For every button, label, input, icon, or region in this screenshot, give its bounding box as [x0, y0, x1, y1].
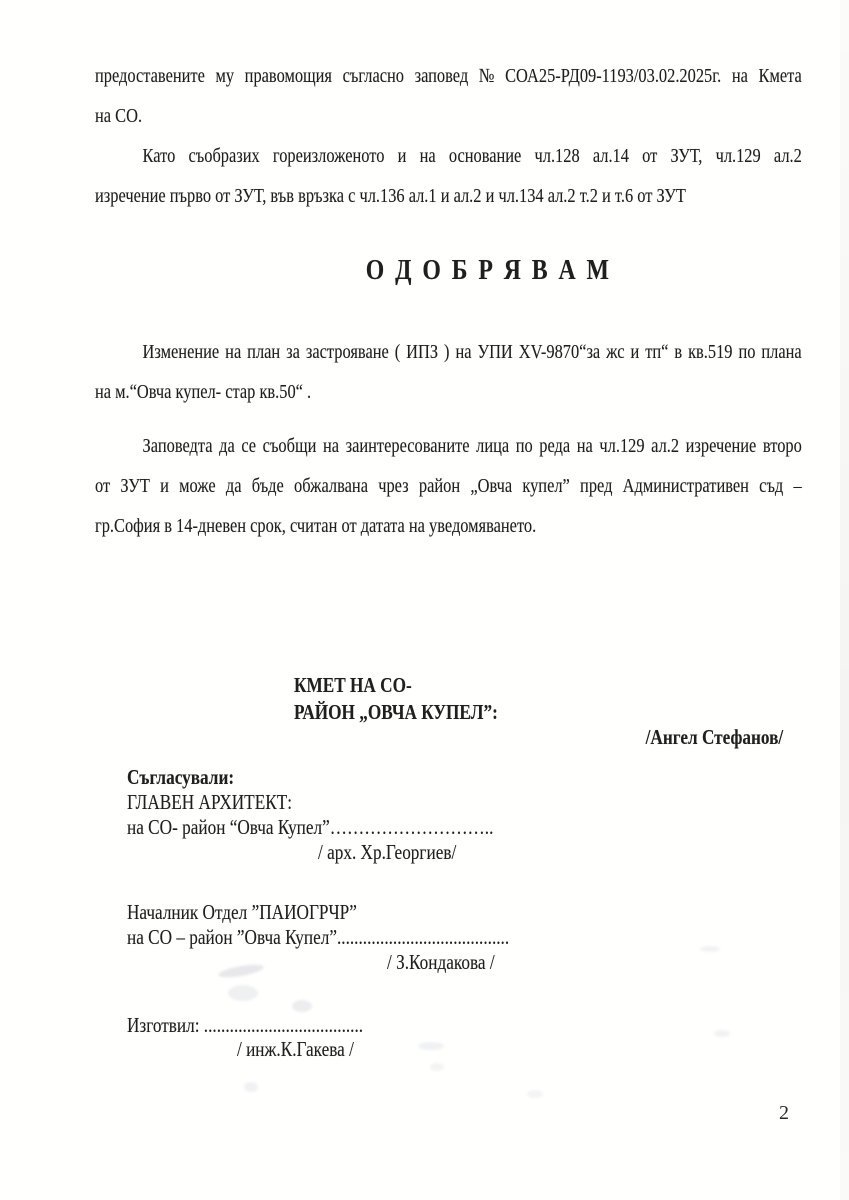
text-line: Заповедтадасесъобщиназаинтересованителиц… — [95, 426, 802, 466]
scan-artifact — [228, 985, 258, 1001]
chief-architect-title: ГЛАВЕН АРХИТЕКТ: — [127, 789, 292, 816]
prepared-by-label: Изготвил: ..............................… — [127, 1012, 363, 1039]
paragraph-appeal: Заповедтадасесъобщиназаинтересованителиц… — [95, 426, 802, 546]
mayor-title-line2: РАЙОН „ОВЧА КУПЕЛ”: — [294, 699, 498, 726]
scan-artifact — [418, 1042, 444, 1050]
mayor-name: /Ангел Стефанов/ — [538, 724, 783, 751]
page-number: 2 — [770, 1102, 798, 1125]
agreed-label: Съгласували: — [127, 764, 234, 791]
paragraph-legal-grounds: Катосъобразихгореизложенотоинаоснованиеч… — [95, 136, 802, 216]
approval-heading: О Д О Б Р Я В А М — [95, 252, 842, 288]
mayor-title-block: КМЕТ НА СО- РАЙОН „ОВЧА КУПЕЛ”: — [294, 672, 498, 726]
scan-artifact — [714, 1030, 730, 1037]
document-page: предоставенитемуправомощиясъгласнозапове… — [0, 0, 849, 1200]
text-line: Катосъобразихгореизложенотоинаоснованиеч… — [95, 136, 802, 176]
text-line: гр.София в 14-дневен срок, считан от дат… — [95, 506, 802, 546]
text-line: Изменениенапланзазастрояване(ИПЗ)наУПИXV… — [95, 332, 802, 372]
dept-head-title: Началник Отдел ”ПАИОГРЧР” — [127, 899, 357, 926]
chief-architect-signature-line: на СО- район “Овча Купел”……………………….. — [127, 814, 493, 841]
scan-artifact — [217, 962, 264, 980]
text-line: предоставенитемуправомощиясъгласнозапове… — [95, 56, 802, 96]
text-line: изречение първо от ЗУТ, във връзка с чл.… — [95, 176, 802, 216]
scanner-edge-shading — [840, 0, 849, 1200]
text-line: на м.“Овча купел- стар кв.50“ . — [95, 372, 802, 412]
paragraph-subject: Изменениенапланзазастрояване(ИПЗ)наУПИXV… — [95, 332, 802, 412]
scan-artifact — [430, 1063, 444, 1071]
chief-architect-name: / арх. Хр.Георгиев/ — [318, 839, 456, 866]
scan-artifact — [292, 1000, 312, 1012]
text-line: отЗУТиможедабъдеобжалваначрезрайон„Овчак… — [95, 466, 802, 506]
scan-artifact — [527, 1090, 543, 1098]
scan-artifact — [700, 946, 720, 952]
paragraph-intro: предоставенитемуправомощиясъгласнозапове… — [95, 56, 802, 136]
mayor-title-line1: КМЕТ НА СО- — [294, 672, 498, 699]
scan-artifact — [244, 1082, 258, 1092]
dept-head-name: / З.Кондакова / — [387, 949, 495, 976]
prepared-by-name: / инж.К.Гакева / — [237, 1036, 354, 1063]
dept-head-signature-line: на СО – район ”Овча Купел”..............… — [127, 924, 509, 951]
text-line: на СО. — [95, 96, 802, 136]
